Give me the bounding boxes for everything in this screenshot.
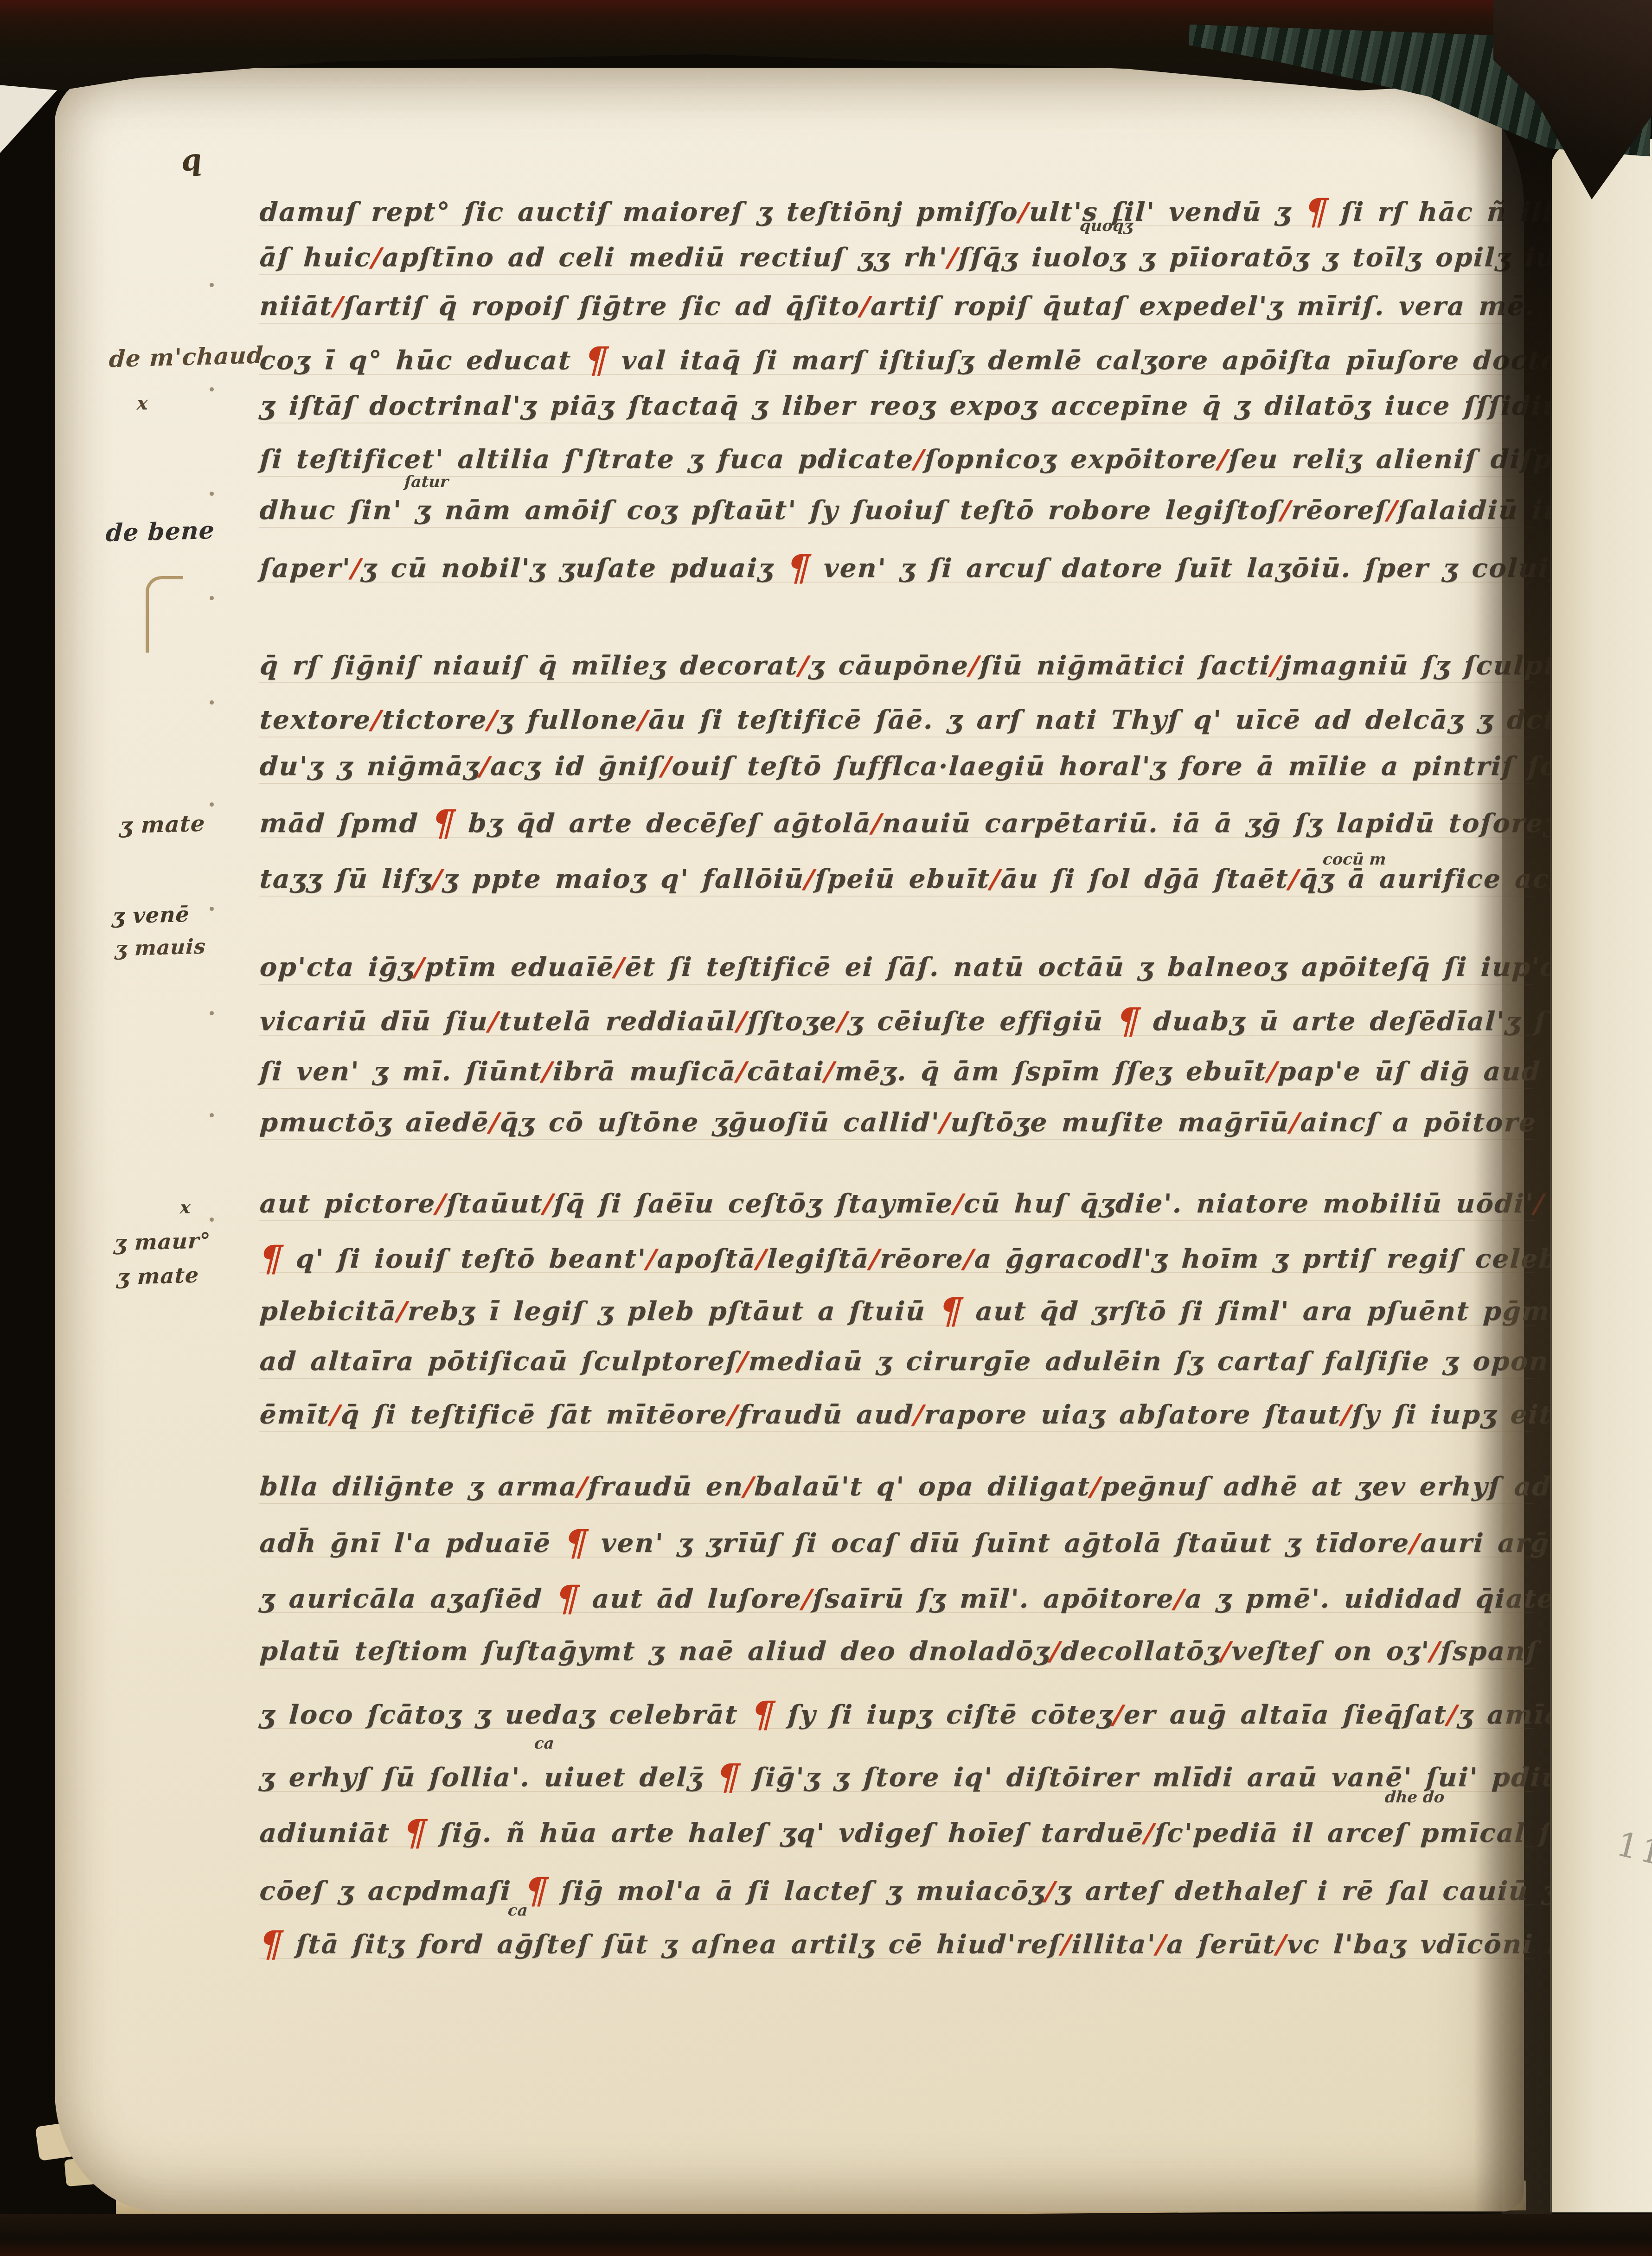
- manuscript-photo: q damuſ rept° ſic auctiſ maioreſ ʒ teſti…: [0, 0, 1652, 2256]
- margin-bracket: [146, 576, 183, 653]
- gutter-shadow-fade: [1502, 56, 1552, 2217]
- book-cover-bottom: [0, 2214, 1652, 2256]
- prick-dot: [210, 700, 214, 705]
- prick-dot: [210, 283, 214, 287]
- prick-dot: [210, 387, 214, 391]
- pencil-folio-number: 11: [1614, 1827, 1652, 1871]
- prick-dot: [210, 492, 214, 496]
- prick-dot: [210, 596, 214, 600]
- manuscript-page: q damuſ rept° ſic auctiſ maioreſ ʒ teſti…: [55, 68, 1524, 2211]
- prick-dot: [210, 907, 214, 911]
- pricking-dots: [0, 0, 1652, 2256]
- prick-dot: [210, 802, 214, 807]
- prick-dot: [210, 1011, 214, 1015]
- facing-page-edge: 11: [1550, 139, 1652, 2212]
- prick-dot: [210, 1218, 214, 1222]
- prick-dot: [210, 1113, 214, 1117]
